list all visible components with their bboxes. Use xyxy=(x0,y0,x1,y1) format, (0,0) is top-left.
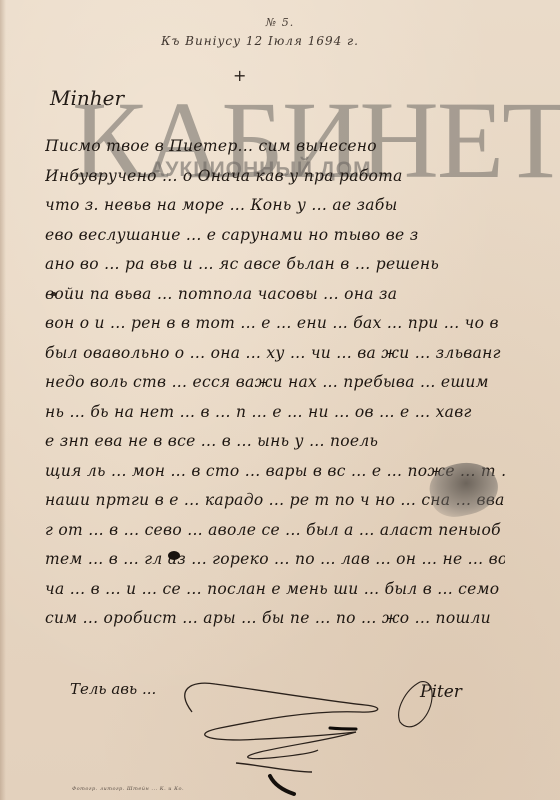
handwritten-line: тем ... в ... гл аз ... гореко ... по ..… xyxy=(45,545,505,575)
handwritten-line: был овавольно о ... она ... ху ... чи ..… xyxy=(45,339,505,369)
handwritten-line: ево веслушание ... е сарунами но тыво ве… xyxy=(45,221,505,251)
handwritten-line: вон о и ... рен в в тот ... е ... ени ..… xyxy=(45,309,505,339)
handwritten-line: Инбувручено ... о Онача кав у пра работа xyxy=(45,162,505,192)
cross-mark: + xyxy=(233,66,246,85)
handwritten-line: сим ... оробист ... ары ... бы пе ... по… xyxy=(45,604,505,634)
salutation: Minher xyxy=(50,86,124,110)
manuscript-page: № 5. Къ Виніусу 12 Іюля 1694 г. + Minher… xyxy=(0,0,560,800)
closing-phrase: Тель авь ... xyxy=(70,680,156,698)
printer-imprint: Фотогр. литогр. Штейн ... К. и Ко. xyxy=(72,786,184,792)
page-binding-shadow xyxy=(0,0,6,800)
signature-piter: Piter xyxy=(420,682,462,702)
handwritten-line: Писмо твое в Пиетер... сим вынесено xyxy=(45,132,505,162)
document-addressee-date: Къ Виніусу 12 Іюля 1694 г. xyxy=(0,34,560,48)
handwritten-line: г от ... в ... сево ... аволе се ... был… xyxy=(45,516,505,546)
handwritten-line: что з. невьв на море ... Конь у ... ае з… xyxy=(45,191,505,221)
handwritten-line: недо воль ств ... есся важи нах ... преб… xyxy=(45,368,505,398)
handwritten-line: е знп ева не в все ... в ... ынь у ... п… xyxy=(45,427,505,457)
handwritten-line: войи па вьва ... потпола часовы ... она … xyxy=(45,280,505,310)
handwritten-line: нь ... бь на нет ... в ... п ... е ... н… xyxy=(45,398,505,428)
handwritten-line: ано во ... ра вьв и ... яс авсе бьлан в … xyxy=(45,250,505,280)
ink-spot xyxy=(168,551,180,560)
letter-body: Писмо твое в Пиетер... сим вынесено Инбу… xyxy=(45,132,505,634)
document-number: № 5. xyxy=(0,16,560,29)
handwritten-line: ча ... в ... и ... се ... послан е мень … xyxy=(45,575,505,605)
